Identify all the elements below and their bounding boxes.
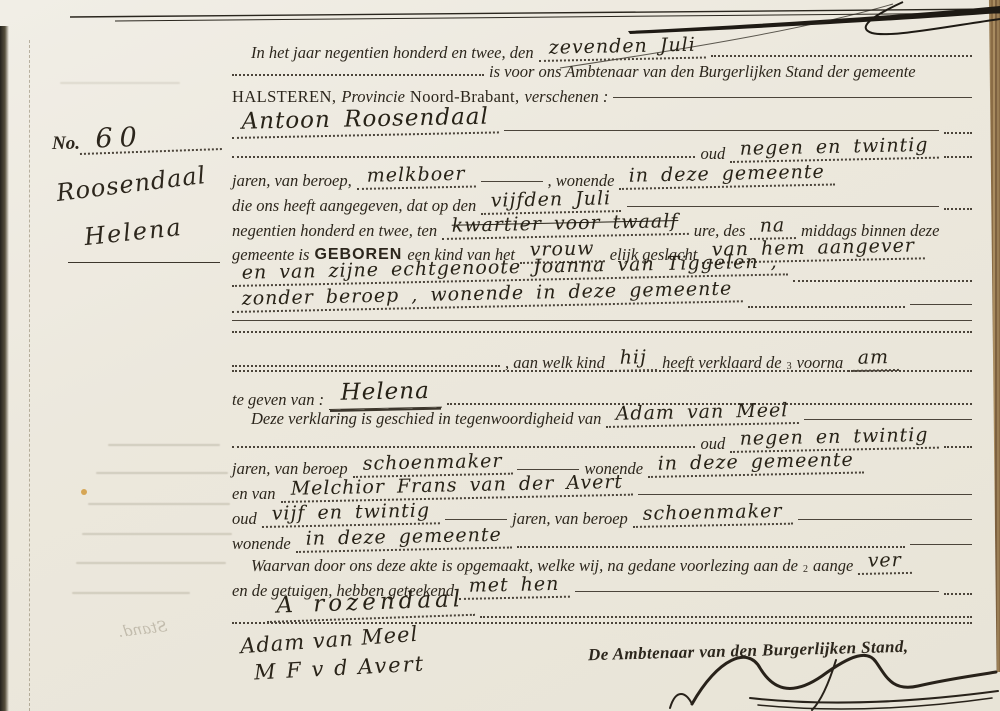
- ink-bleedthrough: [108, 444, 220, 446]
- handwritten-residence: in deze gemeente: [619, 161, 836, 190]
- dotted-rule: [793, 280, 972, 282]
- act-number-value: 60: [79, 121, 222, 155]
- blank-ruled-line: [232, 320, 972, 326]
- handwritten-aange-suffix: ver: [858, 550, 913, 575]
- solid-rule: [804, 419, 972, 420]
- printed-text: jaren, van beroep: [512, 510, 628, 528]
- dotted-rule: [480, 616, 972, 618]
- dotted-rule: [232, 365, 500, 367]
- solid-rule: [445, 519, 507, 520]
- printed-text: verschenen :: [525, 88, 609, 106]
- printed-text: oud: [232, 510, 257, 528]
- handwritten-date: zevenden Juli: [538, 35, 706, 63]
- dotted-rule: [944, 446, 972, 448]
- dotted-rule: [748, 306, 905, 308]
- municipality-name: HALSTEREN,: [232, 88, 336, 106]
- dotted-rule: [517, 546, 905, 548]
- line-municipality: HALSTEREN, Provincie Noord-Brabant, vers…: [232, 88, 972, 106]
- footnote-marker: 2: [803, 564, 808, 575]
- solid-rule: [910, 304, 972, 305]
- solid-rule: [575, 591, 939, 592]
- line-official: is voor ons Ambtenaar van den Burgerlijk…: [232, 63, 972, 81]
- page-brown-edge: [983, 0, 1000, 672]
- solid-rule: [504, 130, 939, 131]
- handwritten-witness2-residence: in deze gemeente: [295, 524, 512, 553]
- solid-rule: [638, 494, 972, 495]
- line-witness2-age: oud vijf en twintig jaren, van beroep sc…: [232, 504, 972, 528]
- solid-rule: [613, 97, 972, 98]
- margin-child-givenname: Helena: [83, 213, 184, 251]
- margin-child-surname: Roosendaal: [55, 161, 208, 207]
- printed-text: jaren, van beroep: [232, 460, 348, 478]
- line-witness2-residence: wonende in deze gemeente: [232, 529, 972, 553]
- printed-text: die ons heeft aangegeven, dat op den: [232, 197, 476, 215]
- birth-certificate-scan: Stand. No. 60 Roosendaal Helena In het j…: [0, 0, 1000, 711]
- blank-ruled-line: [232, 370, 972, 377]
- handwritten-occupation: melkboer: [356, 164, 475, 191]
- ink-bleedthrough: [76, 562, 226, 564]
- ink-bleedthrough: [96, 472, 228, 474]
- dotted-rule: [232, 446, 695, 448]
- dotted-rule: [232, 331, 972, 333]
- handwritten-declarant-name: Antoon Roosendaal: [231, 104, 499, 138]
- solid-rule: [481, 181, 543, 182]
- printed-text: is voor ons Ambtenaar van den Burgerlijk…: [489, 63, 916, 81]
- act-number-row: No. 60: [52, 126, 222, 155]
- dotted-rule: [944, 156, 972, 158]
- printed-text: jaren, van beroep,: [232, 172, 352, 190]
- handwritten-pronoun: hij: [609, 347, 657, 372]
- handwritten-witness1-name: Adam van Meel: [606, 400, 799, 428]
- printed-text: negentien honderd en twee, ten: [232, 222, 437, 240]
- ink-bleedthrough: [60, 82, 180, 84]
- printed-text: aange: [813, 557, 853, 575]
- book-binding-edge: [0, 26, 9, 711]
- witness2-signature: M F v d Avert: [253, 652, 425, 685]
- declarant-signature: A rozendaal: [266, 587, 475, 623]
- mirrored-bleedthrough-text: Stand.: [117, 617, 168, 641]
- handwritten-witness1-residence: in deze gemeente: [648, 449, 865, 478]
- solid-rule: [798, 519, 973, 520]
- printed-text: en van: [232, 485, 276, 503]
- ink-bleedthrough: [88, 503, 230, 505]
- act-number-label: No.: [52, 133, 80, 155]
- printed-text: oud: [700, 145, 725, 163]
- line-declarant-age: oud negen en twintig: [232, 139, 972, 163]
- printed-text: In het jaar negentien honderd en twee, d…: [251, 44, 534, 62]
- solid-rule: [910, 544, 972, 545]
- dotted-rule: [232, 622, 972, 624]
- paper-speck: [81, 489, 87, 495]
- registrar-signature-flourish: [600, 646, 1000, 711]
- handwritten-birth-time: kwartier voor twaalf: [442, 211, 689, 240]
- page-fold-line: [29, 40, 30, 711]
- ink-bleedthrough: [72, 592, 190, 594]
- printed-text: Waarvan door ons deze akte is opgemaakt,…: [251, 557, 798, 575]
- printed-text: Deze verklaring is geschied in tegenwoor…: [251, 410, 601, 428]
- line-mother-details: zonder beroep , wonende in deze gemeente: [232, 289, 972, 313]
- line-witness2-name: en van Melchior Frans van der Avert: [232, 479, 972, 503]
- line-which-child: , aan welk kind hij heeft verklaard de 3…: [232, 348, 972, 372]
- handwritten-name-suffix: am: [848, 347, 900, 372]
- solid-rule: [517, 469, 579, 470]
- dotted-rule: [944, 208, 972, 210]
- handwritten-witness2-occupation: schoenmaker: [632, 501, 792, 529]
- ink-bleedthrough: [82, 533, 232, 535]
- handwritten-witness2-age: vijf en twintig: [261, 500, 440, 528]
- line-closing1: Waarvan door ons deze akte is opgemaakt,…: [232, 551, 972, 575]
- line-declarant-signature: A rozendaal: [232, 594, 972, 623]
- dotted-rule: [944, 132, 972, 134]
- handwritten-age: negen en twintig: [730, 135, 939, 164]
- dotted-rule: [232, 74, 484, 76]
- margin-underline: [68, 262, 220, 263]
- dotted-rule: [232, 156, 695, 158]
- line-year-date: In het jaar negentien honderd en twee, d…: [232, 38, 972, 62]
- solid-rule: [232, 320, 972, 321]
- dotted-rule: [711, 55, 972, 57]
- solid-rule: [627, 206, 939, 207]
- handwritten-witness2-name: Melchior Frans van der Avert: [280, 472, 633, 504]
- blank-ruled-line: [232, 331, 972, 338]
- printed-text: Provincie: [341, 88, 405, 106]
- dotted-rule: [232, 370, 972, 372]
